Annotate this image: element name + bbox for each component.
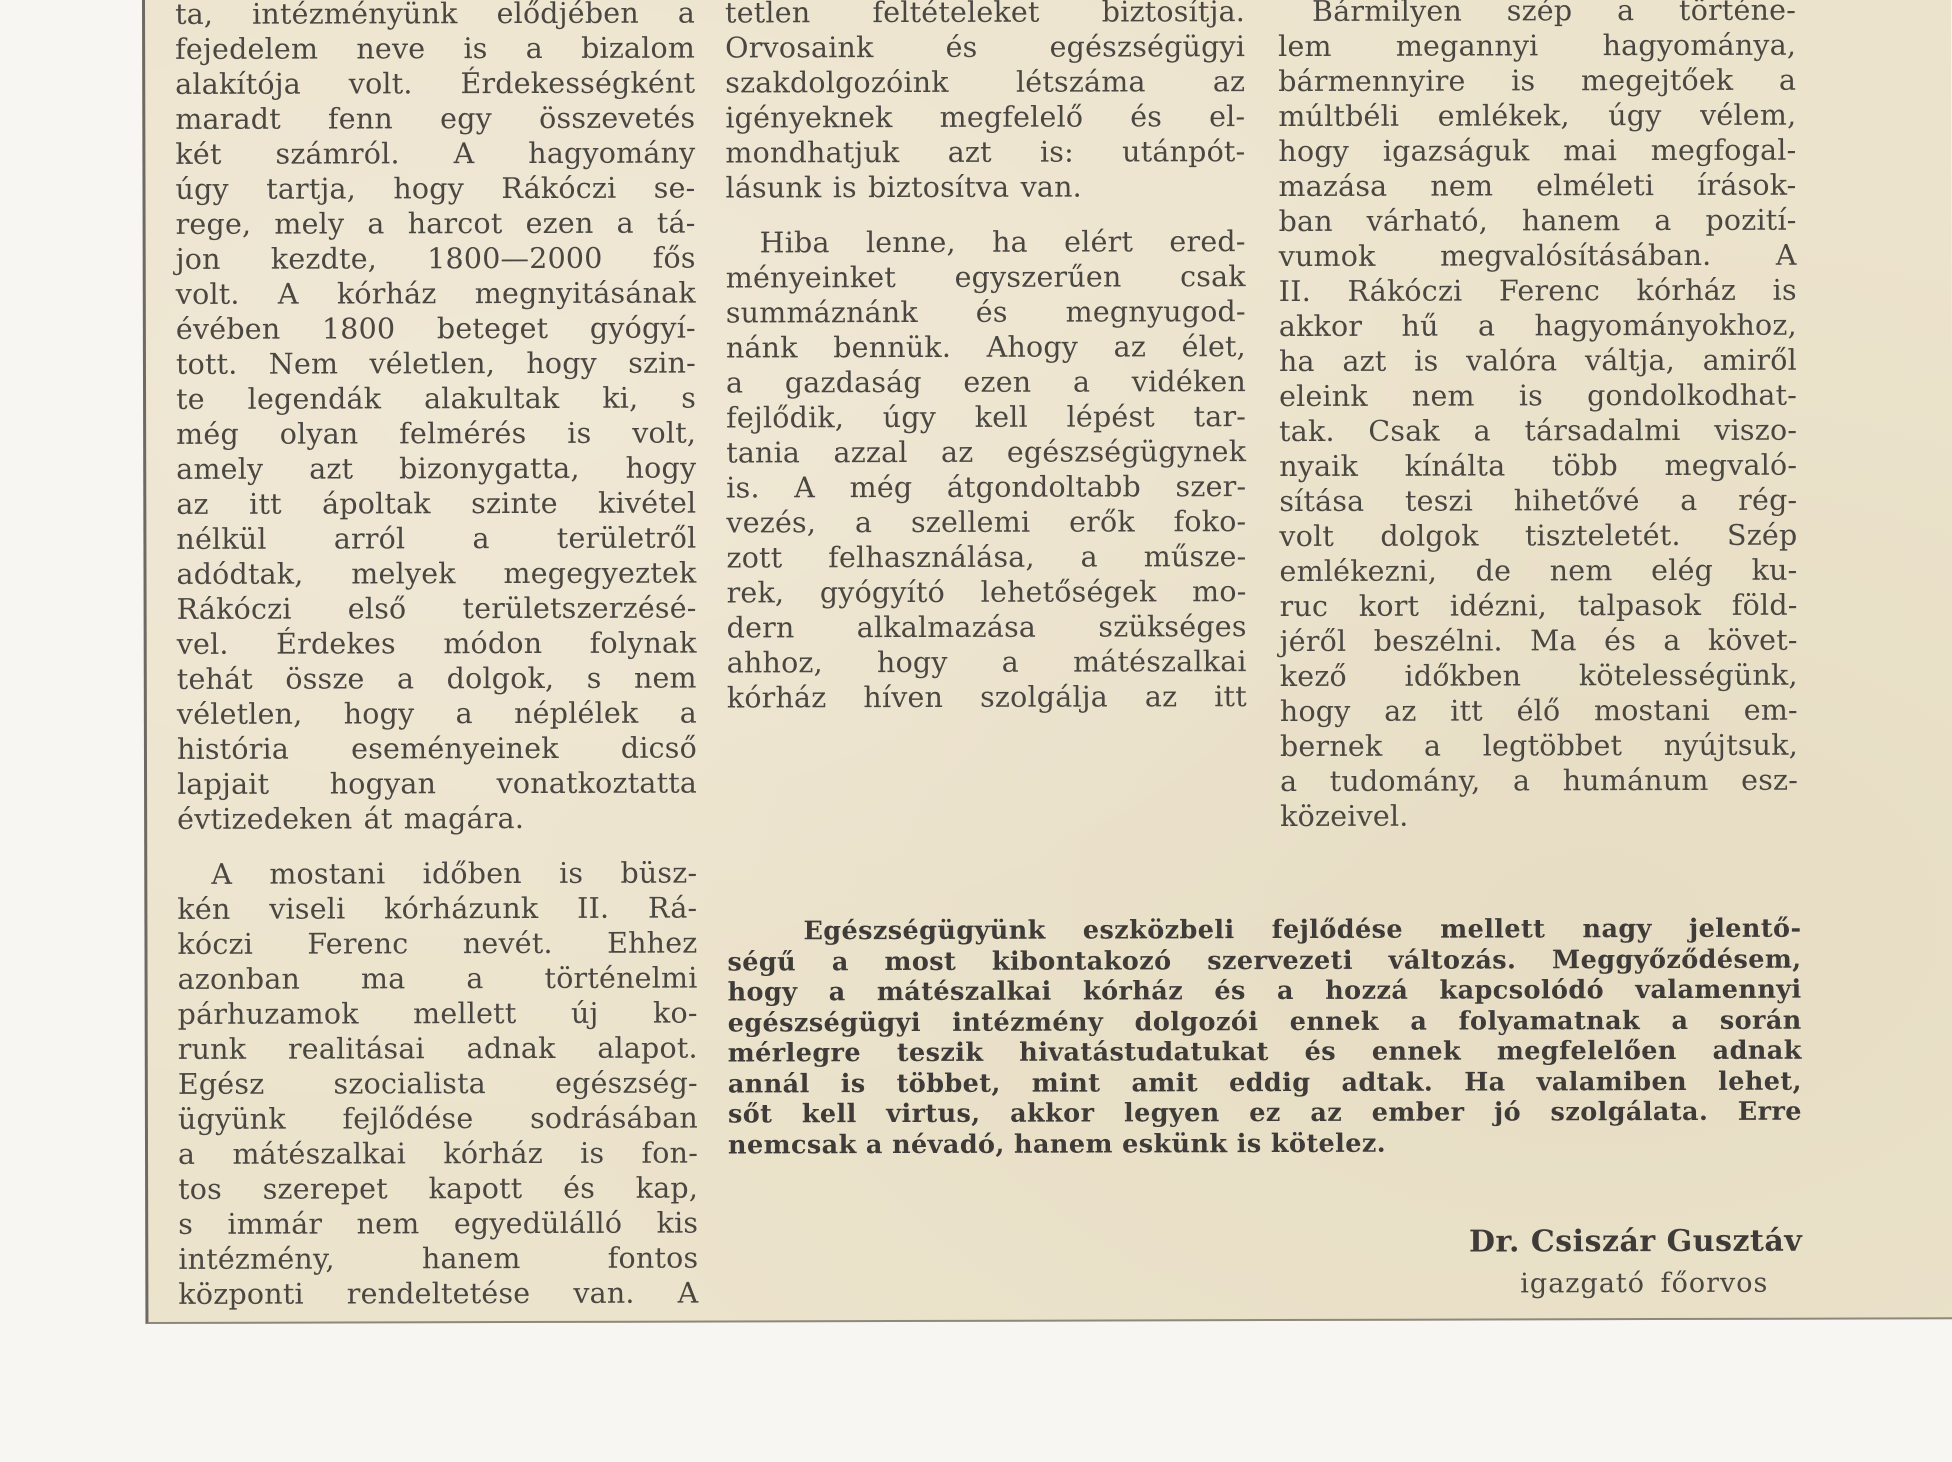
text-line: ta, intézményünk elődjében a bbox=[175, 0, 695, 32]
text-line: ahhoz, hogy a mátészalkai bbox=[727, 644, 1247, 680]
text-line: maradt fenn egy összevetés bbox=[175, 101, 695, 137]
text-line: a mátészalkai kórház is fon- bbox=[178, 1136, 698, 1172]
text-line: volt dolgok tiszteletét. Szép bbox=[1279, 518, 1797, 554]
text-line: lem megannyi hagyománya, bbox=[1278, 28, 1796, 64]
text-line: runk realitásai adnak alapot. bbox=[178, 1031, 698, 1067]
text-line: adódtak, melyek megegyeztek bbox=[176, 556, 696, 592]
text-line: párhuzamok mellett új ko- bbox=[178, 996, 698, 1032]
text-line: közeivel. bbox=[1280, 798, 1798, 834]
text-line: alakítója volt. Érdekességként bbox=[175, 66, 695, 102]
text-line: te legendák alakultak ki, s bbox=[176, 381, 696, 417]
text-line: emlékezni, de nem elég ku- bbox=[1279, 553, 1797, 589]
closing-paragraph: Egészségügyünk eszközbeli fejlődése mell… bbox=[727, 914, 1802, 1161]
text-line: vezés, a szellemi erők foko- bbox=[726, 504, 1246, 540]
text-line: bármennyire is megejtőek a bbox=[1278, 63, 1796, 99]
text-line: tott. Nem véletlen, hogy szin- bbox=[176, 346, 696, 382]
bold-text-line: nemcsak a névadó, hanem eskünk is kötele… bbox=[728, 1127, 1802, 1160]
text-line: is. A még átgondoltabb szer- bbox=[726, 469, 1246, 505]
column-middle: tetlen feltételeket biztosítja.Orvosaink… bbox=[725, 0, 1247, 715]
text-line: Rákóczi első területszerzésé- bbox=[177, 591, 697, 627]
bold-text-line: ségű a most kibontakozó szervezeti válto… bbox=[727, 944, 1801, 977]
text-line: A mostani időben is büsz- bbox=[177, 856, 697, 892]
bold-text-line: sőt kell virtus, akkor legyen ez az embe… bbox=[728, 1097, 1802, 1130]
text-line: jéről beszélni. Ma és a követ- bbox=[1280, 623, 1798, 659]
bold-text-line: hogy a mátészalkai kórház és a hozzá kap… bbox=[728, 975, 1802, 1008]
text-line: rek, gyógyító lehetőségek mo- bbox=[727, 574, 1247, 610]
text-line: azonban ma a történelmi bbox=[178, 961, 698, 997]
text-line: tetlen feltételeket biztosítja. bbox=[725, 0, 1245, 30]
bold-text-line: egészségügyi intézmény dolgozói ennek a … bbox=[728, 1005, 1802, 1038]
bold-text-line: mérlegre teszik hivatástudatukat és enne… bbox=[728, 1036, 1802, 1069]
text-line: kező időkben kötelességünk, bbox=[1280, 658, 1798, 694]
text-line: mondhatjuk azt is: utánpót- bbox=[725, 134, 1245, 170]
text-line: amely azt bizonygatta, hogy bbox=[176, 451, 696, 487]
text-line: az itt ápoltak szinte kivétel bbox=[176, 486, 696, 522]
text-line: szakdolgozóink létszáma az bbox=[725, 64, 1245, 100]
text-line: bernek a legtöbbet nyújtsuk, bbox=[1280, 728, 1798, 764]
text-line: vumok megvalósításában. A bbox=[1279, 238, 1797, 274]
text-line: múltbéli emlékek, úgy vélem, bbox=[1278, 98, 1796, 134]
text-line: s immár nem egyedülálló kis bbox=[178, 1206, 698, 1242]
text-line: a tudomány, a humánum esz- bbox=[1280, 763, 1798, 799]
text-line: két számról. A hagyomány bbox=[175, 136, 695, 172]
text-line: jon kezdte, 1800—2000 fős bbox=[176, 241, 696, 277]
text-line: évében 1800 beteget gyógyí- bbox=[176, 311, 696, 347]
text-line: nánk bennük. Ahogy az élet, bbox=[726, 329, 1246, 365]
text-line: summáznánk és megnyugod- bbox=[726, 294, 1246, 330]
text-line: kóczi Ferenc nevét. Ehhez bbox=[177, 926, 697, 962]
text-line: ha azt is valóra váltja, amiről bbox=[1279, 343, 1797, 379]
text-line: véletlen, hogy a néplélek a bbox=[177, 696, 697, 732]
text-line: évtizedeken át magára. bbox=[177, 801, 697, 837]
text-line: ügyünk fejlődése sodrásában bbox=[178, 1101, 698, 1137]
text-line: fejlődik, úgy kell lépést tar- bbox=[726, 399, 1246, 435]
text-line: hogy igazságuk mai megfogal- bbox=[1278, 133, 1796, 169]
author-title: igazgató főorvos bbox=[1168, 1268, 1768, 1301]
text-line: Hiba lenne, ha elért ered- bbox=[726, 224, 1246, 260]
text-line: a gazdaság ezen a vidéken bbox=[726, 364, 1246, 400]
text-line: intézmény, hanem fontos bbox=[178, 1241, 698, 1277]
newspaper-clipping: ta, intézményünk elődjében afejedelem ne… bbox=[142, 0, 1952, 1324]
text-line: mazása nem elméleti írások- bbox=[1278, 168, 1796, 204]
bold-text-line: Egészségügyünk eszközbeli fejlődése mell… bbox=[727, 914, 1801, 947]
text-line: ményeinket egyszerűen csak bbox=[726, 259, 1246, 295]
column-left: ta, intézményünk elődjében afejedelem ne… bbox=[175, 0, 698, 1312]
text-line: Bármilyen szép a történe- bbox=[1278, 0, 1796, 29]
text-line: II. Rákóczi Ferenc kórház is bbox=[1279, 273, 1797, 309]
paragraph-gap bbox=[726, 204, 1246, 225]
text-line: úgy tartja, hogy Rákóczi se- bbox=[175, 171, 695, 207]
text-line: Orvosaink és egészségügyi bbox=[725, 29, 1245, 65]
text-line: központi rendeltetése van. A bbox=[178, 1276, 698, 1312]
text-line: Egész szocialista egészség- bbox=[178, 1066, 698, 1102]
text-line: tehát össze a dolgok, s nem bbox=[177, 661, 697, 697]
text-line: fejedelem neve is a bizalom bbox=[175, 31, 695, 67]
text-line: rege, mely a harcot ezen a tá- bbox=[176, 206, 696, 242]
text-line: ban várható, hanem a pozití- bbox=[1279, 203, 1797, 239]
text-line: volt. A kórház megnyitásának bbox=[176, 276, 696, 312]
text-line: lapjait hogyan vonatkoztatta bbox=[177, 766, 697, 802]
text-line: sítása teszi hihetővé a rég- bbox=[1279, 483, 1797, 519]
text-line: nélkül arról a területről bbox=[176, 521, 696, 557]
text-line: tania azzal az egészségügynek bbox=[726, 434, 1246, 470]
author-name: Dr. Csiszár Gusztáv bbox=[1128, 1224, 1802, 1261]
text-line: eleink nem is gondolkodhat- bbox=[1279, 378, 1797, 414]
text-line: dern alkalmazása szükséges bbox=[727, 609, 1247, 645]
text-line: kén viseli kórházunk II. Rá- bbox=[177, 891, 697, 927]
text-line: lásunk is biztosítva van. bbox=[725, 169, 1245, 205]
text-line: vel. Érdekes módon folynak bbox=[177, 626, 697, 662]
text-line: akkor hű a hagyományokhoz, bbox=[1279, 308, 1797, 344]
text-line: zott felhasználása, a műsze- bbox=[726, 539, 1246, 575]
text-line: igényeknek megfelelő és el- bbox=[725, 99, 1245, 135]
text-line: história eseményeinek dicső bbox=[177, 731, 697, 767]
text-line: tak. Csak a társadalmi viszo- bbox=[1279, 413, 1797, 449]
column-right: Bármilyen szép a történe-lem megannyi ha… bbox=[1278, 0, 1798, 834]
text-line: tos szerepet kapott és kap, bbox=[178, 1171, 698, 1207]
paragraph-gap bbox=[177, 836, 697, 857]
bold-text-line: annál is többet, mint amit eddig adtak. … bbox=[728, 1066, 1802, 1099]
text-line: még olyan felmérés is volt, bbox=[176, 416, 696, 452]
text-line: hogy az itt élő mostani em- bbox=[1280, 693, 1798, 729]
text-line: ruc kort idézni, talpasok föld- bbox=[1280, 588, 1798, 624]
text-line: nyaik kínálta több megvaló- bbox=[1279, 448, 1797, 484]
text-line: kórház híven szolgálja az itt bbox=[727, 679, 1247, 715]
